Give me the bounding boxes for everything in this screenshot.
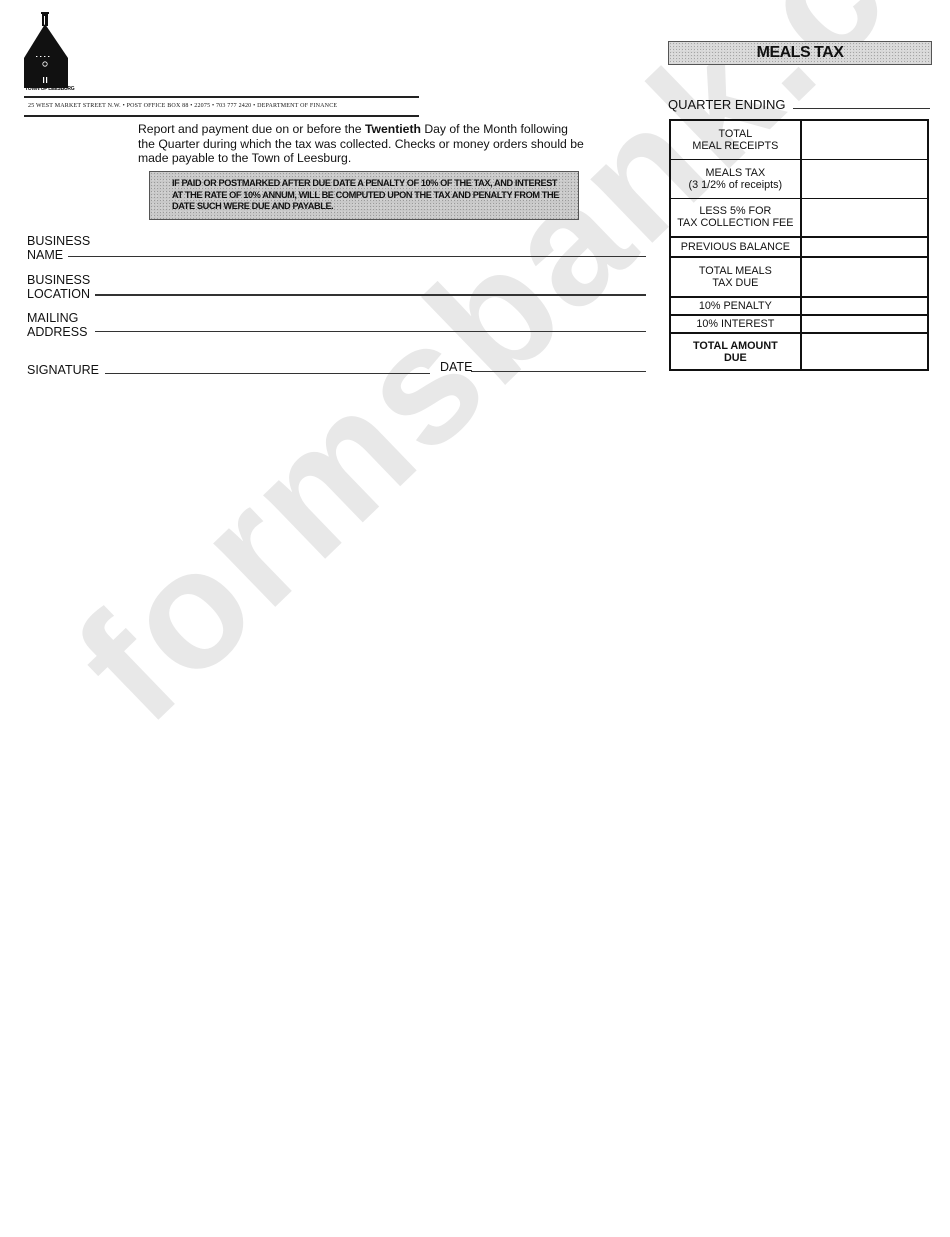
label-line: PREVIOUS BALANCE	[671, 241, 800, 253]
penalty-input[interactable]	[801, 297, 928, 315]
label-line: BUSINESS	[27, 235, 90, 249]
label-line: MAILING	[27, 312, 87, 326]
instructions-part: Report and payment due on or before the	[138, 122, 365, 136]
label-line: MEALS TAX	[671, 167, 800, 179]
watermark: formsbank.com	[40, 0, 950, 759]
business-name-label: BUSINESS NAME	[27, 235, 90, 262]
row-label: 10% INTEREST	[670, 315, 801, 333]
row-meals-tax: MEALS TAX (3 1/2% of receipts)	[670, 159, 928, 198]
quarter-ending-label: QUARTER ENDING	[668, 97, 786, 112]
collection-fee-input[interactable]	[801, 198, 928, 237]
label-line: (3 1/2% of receipts)	[671, 179, 800, 191]
label-line: TAX DUE	[671, 277, 800, 289]
row-label: LESS 5% FOR TAX COLLECTION FEE	[670, 198, 801, 237]
label-line: LOCATION	[27, 288, 90, 302]
business-location-label: BUSINESS LOCATION	[27, 274, 90, 301]
row-collection-fee: LESS 5% FOR TAX COLLECTION FEE	[670, 198, 928, 237]
row-previous-balance: PREVIOUS BALANCE	[670, 237, 928, 257]
mailing-address-field[interactable]	[95, 331, 646, 332]
label-line: ADDRESS	[27, 326, 87, 340]
total-amount-due-input[interactable]	[801, 333, 928, 370]
logo-caption: TOWN OF LEESBURG	[25, 86, 75, 92]
label-line: TOTAL MEALS	[671, 265, 800, 277]
town-logo	[24, 12, 70, 94]
instructions-text: Report and payment due on or before the …	[138, 122, 588, 166]
row-total-amount-due: TOTAL AMOUNT DUE	[670, 333, 928, 370]
business-name-field[interactable]	[68, 256, 646, 257]
header-rule	[24, 96, 419, 98]
label-line: 10% INTEREST	[671, 318, 800, 330]
label-line: LESS 5% FOR	[671, 205, 800, 217]
tax-computation-table: TOTAL MEAL RECEIPTS MEALS TAX (3 1/2% of…	[669, 119, 929, 371]
row-label: TOTAL AMOUNT DUE	[670, 333, 801, 370]
row-label: 10% PENALTY	[670, 297, 801, 315]
total-meals-tax-due-input[interactable]	[801, 257, 928, 297]
previous-balance-input[interactable]	[801, 237, 928, 257]
interest-input[interactable]	[801, 315, 928, 333]
row-interest: 10% INTEREST	[670, 315, 928, 333]
row-penalty: 10% PENALTY	[670, 297, 928, 315]
row-total-meals-tax-due: TOTAL MEALS TAX DUE	[670, 257, 928, 297]
row-label: TOTAL MEAL RECEIPTS	[670, 120, 801, 159]
row-label: TOTAL MEALS TAX DUE	[670, 257, 801, 297]
label-line: BUSINESS	[27, 274, 90, 288]
total-meal-receipts-input[interactable]	[801, 120, 928, 159]
label-line: TOTAL	[671, 128, 800, 140]
mailing-address-label: MAILING ADDRESS	[27, 312, 87, 339]
label-line: MEAL RECEIPTS	[671, 140, 800, 152]
label-line: DUE	[671, 352, 800, 364]
row-label: PREVIOUS BALANCE	[670, 237, 801, 257]
row-total-meal-receipts: TOTAL MEAL RECEIPTS	[670, 120, 928, 159]
penalty-notice-box: IF PAID OR POSTMARKED AFTER DUE DATE A P…	[149, 171, 579, 220]
meals-tax-input[interactable]	[801, 159, 928, 198]
row-label: MEALS TAX (3 1/2% of receipts)	[670, 159, 801, 198]
business-location-field[interactable]	[95, 294, 646, 296]
form-title: MEALS TAX	[757, 44, 844, 62]
label-line: TOTAL AMOUNT	[671, 340, 800, 352]
courthouse-icon	[24, 12, 70, 88]
label-line: TAX COLLECTION FEE	[671, 217, 800, 229]
date-field[interactable]	[471, 371, 646, 372]
date-label: DATE	[440, 361, 472, 375]
department-address: 25 WEST MARKET STREET N.W. • POST OFFICE…	[28, 103, 337, 109]
quarter-ending-field[interactable]	[793, 108, 930, 109]
penalty-notice-text: IF PAID OR POSTMARKED AFTER DUE DATE A P…	[172, 178, 562, 213]
signature-label: SIGNATURE	[27, 364, 99, 378]
header-rule	[24, 115, 419, 117]
label-line: 10% PENALTY	[671, 300, 800, 312]
form-title-box: MEALS TAX	[668, 41, 932, 65]
due-day-emphasis: Twentieth	[365, 122, 421, 136]
signature-field[interactable]	[105, 373, 430, 374]
